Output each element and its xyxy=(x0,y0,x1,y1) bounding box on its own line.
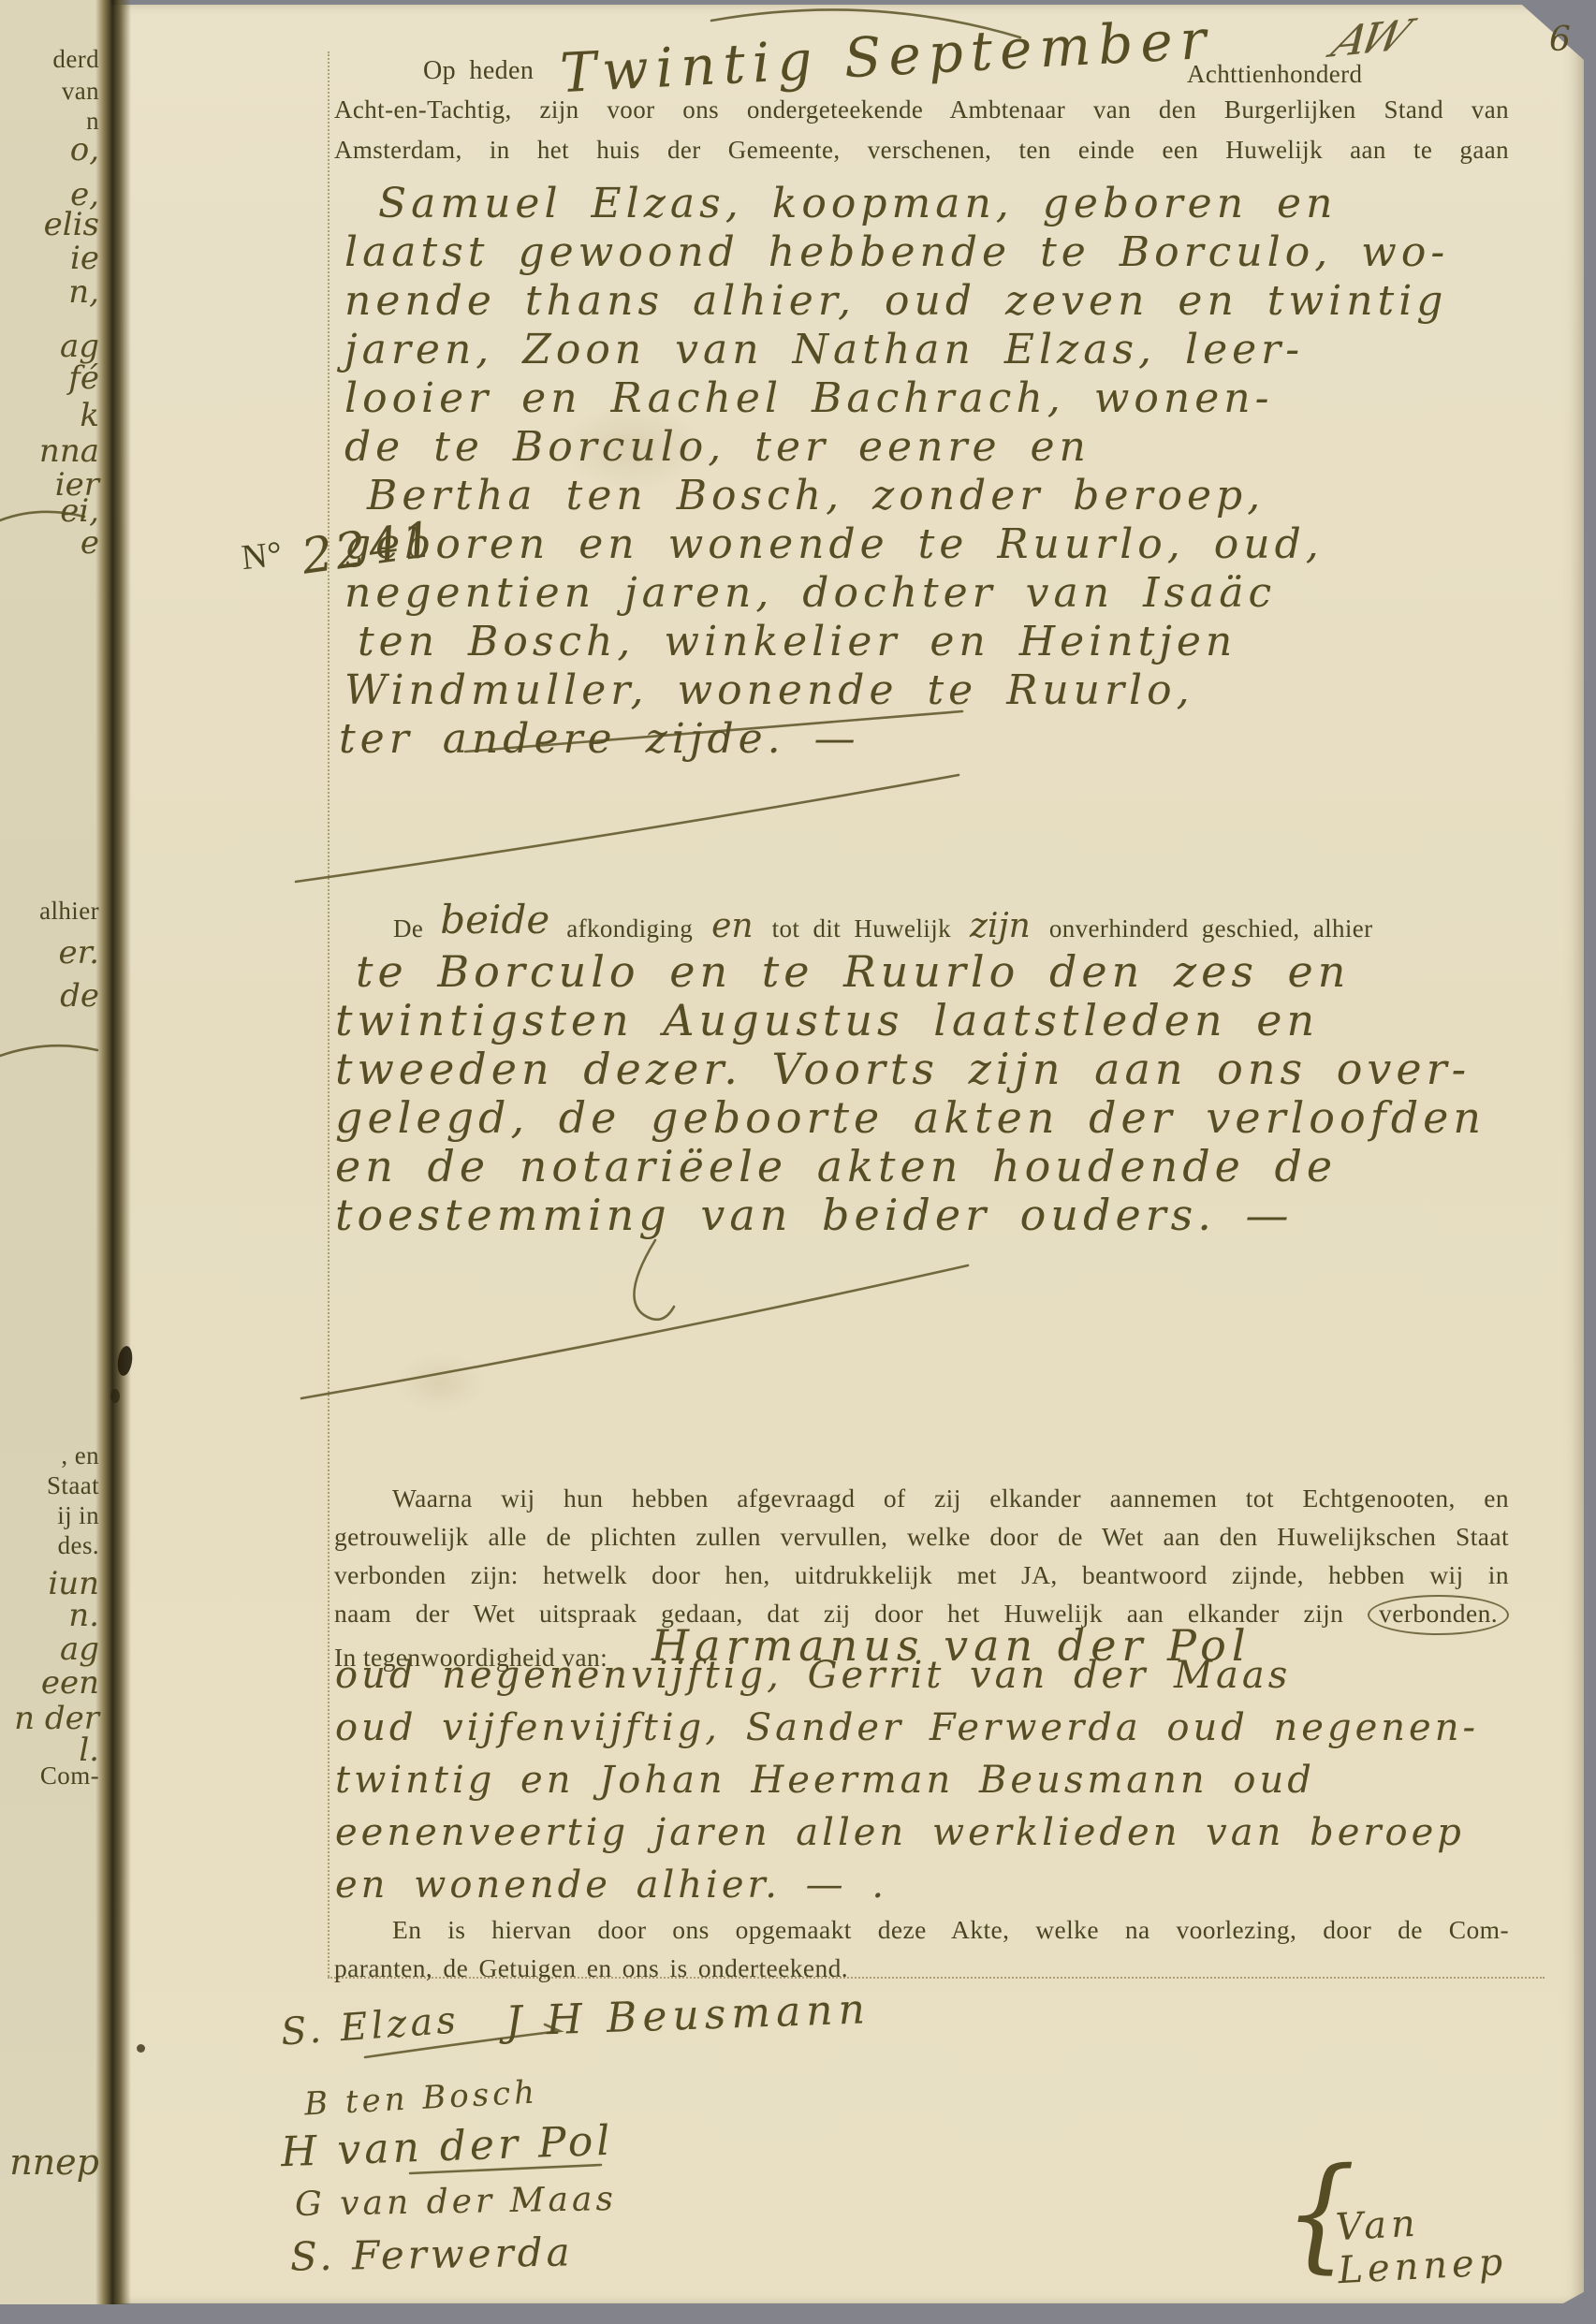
witness-line: twintig en Johan Heerman Beusmann oud xyxy=(335,1754,1479,1806)
document-scan: AW 6 N° 2241 Op heden Twintig September … xyxy=(0,0,1596,2324)
announcement-hand-line: gelegd, de geboorte akten der verloofden xyxy=(335,1093,1486,1142)
prev-page-fragment: van xyxy=(0,77,103,106)
party-line: negentien jaren, dochter van Isaäc xyxy=(344,569,1449,618)
witness-line: eenenveertig jaren allen werklieden van … xyxy=(335,1806,1479,1859)
announcement-printed: onverhinderd geschied, alhier xyxy=(1049,914,1373,943)
parties-hand-block: Samuel Elzas, koopman, geboren en laatst… xyxy=(344,180,1449,764)
margin-dotted-line xyxy=(328,51,329,1977)
signature-ferwerda: S. Ferwerda xyxy=(290,2229,574,2279)
announcement-hand-line: toestemming van beider ouders. — xyxy=(335,1191,1486,1239)
witnesses-hand-block: oud negenenvijftig, Gerrit van der Maas … xyxy=(335,1649,1479,1911)
party-line: geboren en wonende te Ruurlo, oud, xyxy=(344,520,1449,569)
prev-page-fragment: een xyxy=(0,1664,103,1702)
announcement-hand-line: twintigsten Augustus laatstleden en xyxy=(335,996,1486,1045)
announcement-hand-line: te Borculo en te Ruurlo den zes en xyxy=(356,947,1486,996)
prev-page-fragment: n, xyxy=(0,273,103,311)
intro-line-3: Amsterdam, in het huis der Gemeente, ver… xyxy=(334,136,1509,165)
page-number: 6 xyxy=(1549,21,1571,59)
witness-line: en wonende alhier. — . xyxy=(335,1859,1479,1911)
prev-page-fragment: n. xyxy=(0,1597,103,1634)
prev-page-fragment: nna xyxy=(0,432,103,470)
announcement-hand-insert: beide xyxy=(440,897,549,943)
prev-page-fragment: de xyxy=(0,977,103,1015)
announcement-printed: afkondiging xyxy=(566,914,693,943)
prev-page-fragment: , en xyxy=(0,1441,103,1470)
prev-page-fragment: Com- xyxy=(0,1761,103,1791)
prev-page-fragment: o, xyxy=(0,131,103,168)
circled-word-verbonden: verbonden. xyxy=(1368,1595,1509,1635)
party-line: ten Bosch, winkelier en Heintjen xyxy=(358,618,1449,666)
party-line: laatst gewoond hebbende te Borculo, wo- xyxy=(344,228,1449,277)
party-line: ter andere zijde. — xyxy=(339,715,1449,764)
declaration-line: Waarna wij hun hebben afgevraagd of zij … xyxy=(334,1479,1509,1517)
witness-line: oud negenenvijftig, Gerrit van der Maas xyxy=(335,1649,1479,1702)
prev-page-fragment: Staat xyxy=(0,1471,103,1500)
declaration-line: getrouwelijk alle de plichten zullen ver… xyxy=(334,1517,1509,1556)
declaration-paragraph: Waarna wij hun hebben afgevraagd of zij … xyxy=(334,1479,1509,1676)
announcement-hand-block: te Borculo en te Ruurlo den zes en twint… xyxy=(335,947,1486,1239)
party-line: Windmuller, wonende te Ruurlo, xyxy=(344,666,1449,715)
prev-page-fragment: alhier xyxy=(0,897,103,926)
prev-page-fragment: fé xyxy=(0,359,103,397)
signature-registrar: Van Lennep xyxy=(1335,2193,1596,2292)
act-number-label: N° xyxy=(240,533,285,578)
intro-op-heden: Op heden xyxy=(423,56,534,86)
prev-page-fragment: des. xyxy=(0,1531,103,1560)
signature-van-der-maas: G van der Maas xyxy=(295,2180,618,2224)
party-line: Bertha ten Bosch, zonder beroep, xyxy=(367,472,1449,520)
prev-page-fragment: k xyxy=(0,397,103,434)
intro-achttienhonderd: Achttienhonderd xyxy=(1187,60,1362,89)
prev-page-fragment: derd xyxy=(0,45,103,74)
prev-page-fragment: ij in xyxy=(0,1501,103,1530)
party-line: Samuel Elzas, koopman, geboren en xyxy=(378,180,1449,228)
prev-page-fragment: nnep xyxy=(0,2141,103,2183)
prev-page-fragment: elis xyxy=(0,206,103,243)
declaration-line: verbonden zijn: hetwelk door hen, uitdru… xyxy=(334,1556,1509,1594)
prev-page-fragment: ag xyxy=(0,1630,103,1668)
announcement-hand-insert: en xyxy=(711,907,754,945)
announcement-line: De beide afkondiging en tot dit Huwelijk… xyxy=(393,900,1526,946)
party-line: jaren, Zoon van Nathan Elzas, leer- xyxy=(344,326,1449,374)
party-line: looier en Rachel Bachrach, wonen- xyxy=(344,374,1449,423)
announcement-hand-insert: zijn xyxy=(970,907,1031,945)
closing-line-2: paranten, de Getuigen en ons is ondertee… xyxy=(334,1953,848,1983)
prev-page-fragment: er. xyxy=(0,934,103,972)
intro-line-2: Acht-en-Tachtig, zijn voor ons ondergete… xyxy=(334,95,1509,124)
witness-line: oud vijfenvijftig, Sander Ferwerda oud n… xyxy=(335,1702,1479,1754)
announcement-hand-line: en de notariëele akten houdende de xyxy=(335,1142,1486,1191)
closing-line-1: En is hiervan door ons opgemaakt deze Ak… xyxy=(334,1915,1509,1945)
party-line: nende thans alhier, oud zeven en twintig xyxy=(344,277,1449,326)
announcement-printed: tot dit Huwelijk xyxy=(772,914,951,943)
prev-page-fragment: ie xyxy=(0,240,103,277)
prev-page-fragment: e xyxy=(0,524,103,562)
party-line: de te Borculo, ter eenre en xyxy=(344,423,1449,472)
announcement-printed: De xyxy=(393,914,423,943)
announcement-hand-line: tweeden dezer. Voorts zijn aan ons over- xyxy=(335,1045,1486,1093)
